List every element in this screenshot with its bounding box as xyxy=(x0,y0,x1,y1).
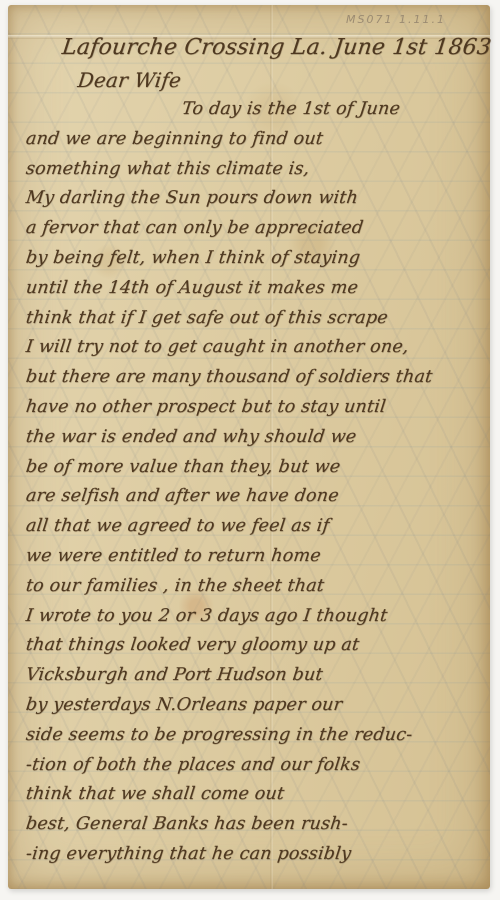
letter-line: we were entitled to return home xyxy=(24,542,488,572)
letter-line: I wrote to you 2 or 3 days ago I thought xyxy=(24,602,488,632)
letter-line: but there are many thousand of soldiers … xyxy=(24,363,488,393)
letter-line: -tion of both the places and our folks xyxy=(24,751,488,781)
letter-line: until the 14th of August it makes me xyxy=(24,274,488,304)
letter-line: to our families , in the sheet that xyxy=(24,572,488,602)
letter-line: side seems to be progressing in the redu… xyxy=(24,721,488,751)
letter-line: by being felt, when I think of staying xyxy=(24,244,488,274)
letter-line: a fervor that can only be appreciated xyxy=(24,214,488,244)
letter-line: I will try not to get caught in another … xyxy=(24,333,488,363)
letter-line: something what this climate is, xyxy=(24,155,488,185)
letter-content: Lafourche Crossing La. June 1st 1863 Dea… xyxy=(8,5,490,889)
letter-line: by yesterdays N.Orleans paper our xyxy=(24,691,488,721)
letter-page: MS071 1.11.1 Lafourche Crossing La. June… xyxy=(8,5,490,889)
letter-line: To day is the 1st of June xyxy=(24,95,488,125)
letter-line: Vicksburgh and Port Hudson but xyxy=(24,661,488,691)
letter-line: -ing everything that he can possibly xyxy=(24,840,488,870)
letter-line: all that we agreed to we feel as if xyxy=(24,512,488,542)
letter-line: are selfish and after we have done xyxy=(24,482,488,512)
letter-line: think that we shall come out xyxy=(24,780,488,810)
letter-line: that things looked very gloomy up at xyxy=(24,631,488,661)
letter-line: think that if I get safe out of this scr… xyxy=(24,304,488,334)
letter-line: My darling the Sun pours down with xyxy=(24,184,488,214)
letter-salutation: Dear Wife xyxy=(76,65,488,95)
letter-line: be of more value than they, but we xyxy=(24,453,488,483)
letter-dateline: Lafourche Crossing La. June 1st 1863 xyxy=(60,31,488,65)
letter-line: have no other prospect but to stay until xyxy=(24,393,488,423)
letter-line: and we are beginning to find out xyxy=(24,125,488,155)
letter-line: best, General Banks has been rush- xyxy=(24,810,488,840)
letter-line: the war is ended and why should we xyxy=(24,423,488,453)
